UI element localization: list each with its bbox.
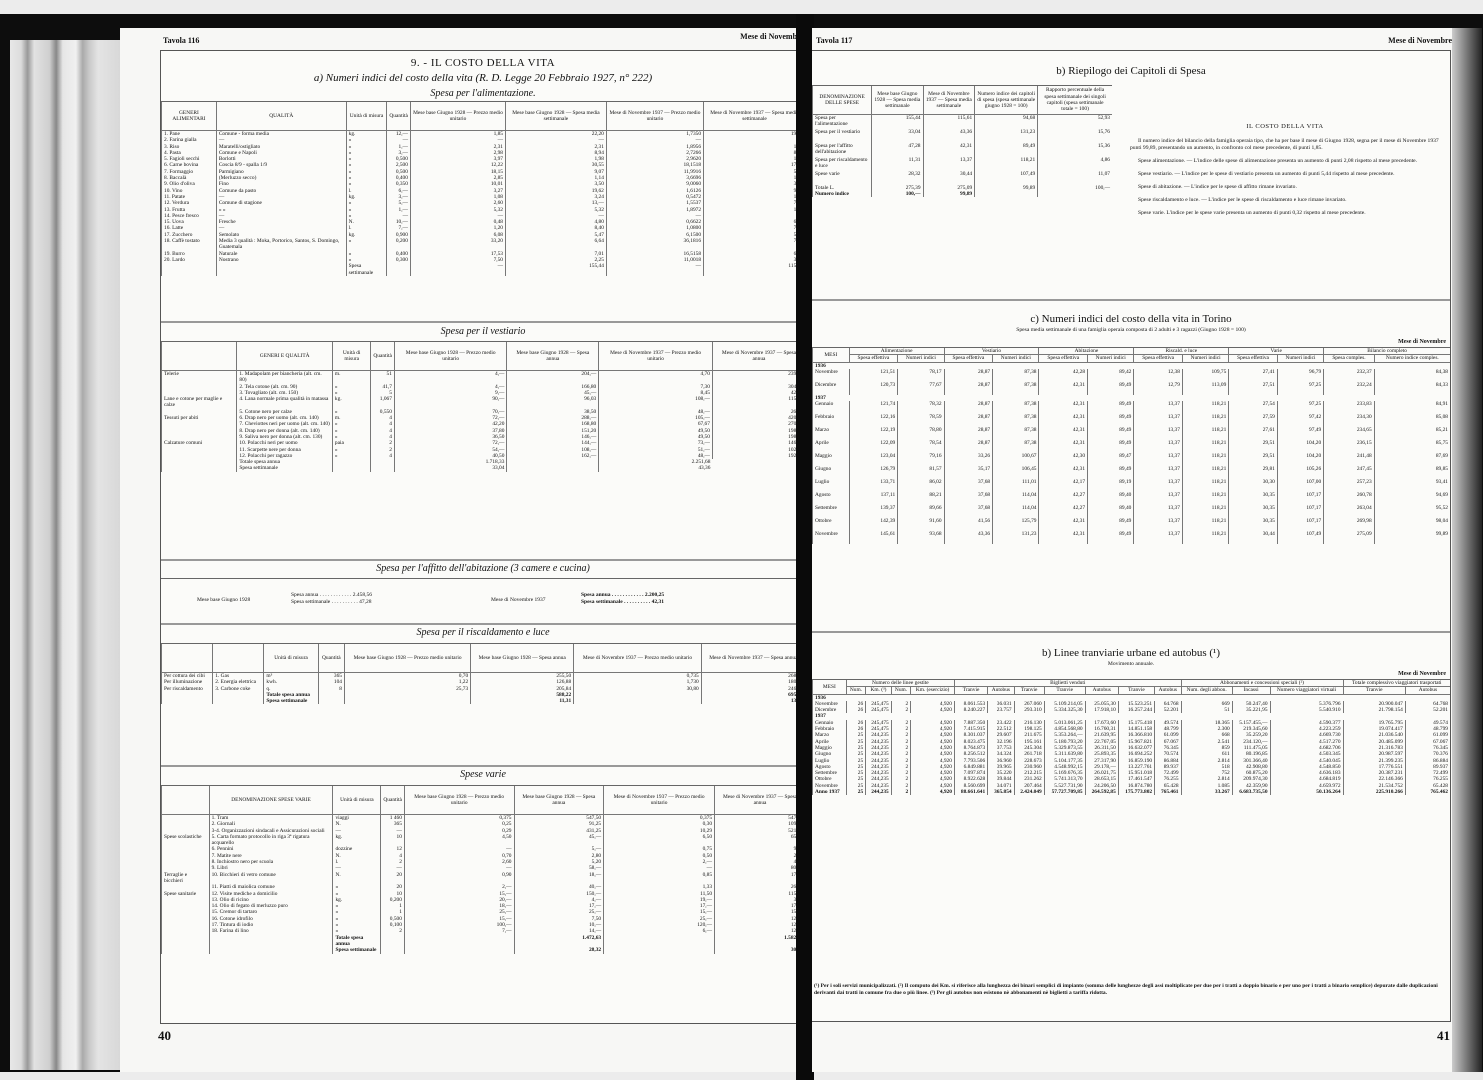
table-cell: 27,41 <box>1229 369 1278 382</box>
table-cell: 118,21 <box>1182 440 1228 453</box>
table-cell: 81,57 <box>898 466 944 479</box>
table-cell: 137,11 <box>849 492 898 505</box>
divider <box>161 559 805 561</box>
table-cell: 107,00 <box>1277 479 1323 492</box>
table-cell <box>162 698 213 704</box>
table-cell: 13,37 <box>1134 518 1183 531</box>
table-cell: 45,— <box>514 834 604 847</box>
header-row: GENERI ALIMENTARIQUALITÀUnità di misuraQ… <box>162 102 806 131</box>
table-cell: Terraglie e bicchieri <box>162 872 210 885</box>
table-cell: 244,235 <box>866 789 892 795</box>
table-cell <box>162 815 210 822</box>
table-cell: 1.472,63 <box>514 935 604 948</box>
value: 2.200,25 <box>645 592 664 598</box>
column-header: Mese base Giugno 1928 — Prezzo medio uni… <box>404 786 514 815</box>
table-cell: 78,59 <box>898 414 944 427</box>
table-row: Spesa per riscaldamento e luce11,3113,37… <box>813 157 1113 171</box>
divider <box>812 299 1450 301</box>
table-cell: 29,51 <box>1229 440 1278 453</box>
column-header: Mese di Novembre 1937 — Spesa annua <box>715 786 805 815</box>
table-cell: 93,41 <box>1374 479 1450 492</box>
torino-month-label: Mese di Novembre <box>1398 339 1446 345</box>
table-cell: 89,47 <box>1088 453 1134 466</box>
column-header: Autobus <box>988 687 1014 694</box>
table-row: Novembre121,5178,1728,8787,3842,2889,421… <box>813 369 1451 382</box>
table-row: Telerie1. Madapolam per biancheria (alt.… <box>162 371 806 384</box>
table-cell: 96,03 <box>507 396 599 409</box>
table-cell: 122,19 <box>849 427 898 440</box>
table-cell: Media 3 qualità : Moka, Portorico, Santo… <box>216 238 346 251</box>
table-cell <box>209 947 333 953</box>
column-header: Tranvie <box>1014 687 1044 694</box>
total-row: Spesa settimanale28,3230,44 <box>162 947 806 953</box>
commentary: IL COSTO DELLA VITA Il numero indice del… <box>1130 85 1440 223</box>
table-cell: 13,37 <box>1134 401 1183 414</box>
table-cell: 42,27 <box>1039 505 1088 518</box>
column-header: Mese base Giugno 1928 — Spesa annua <box>507 342 599 371</box>
table-row: 18. Caffè tostatoMedia 3 qualità : Moka,… <box>162 238 806 251</box>
table-row: Novembre145,6193,6843,36131,2342,3189,49… <box>813 531 1451 544</box>
table-cell: 120,73 <box>849 382 898 395</box>
header-row: MESIAlimentazioneVestiarioAbitazioneRisc… <box>813 348 1451 355</box>
table-cell <box>604 935 715 948</box>
table-cell: 108,— <box>599 396 713 409</box>
table-cell <box>344 698 470 704</box>
table-cell: 20 <box>381 872 405 885</box>
table-cell: 84,33 <box>1374 382 1450 395</box>
torino-table: MESIAlimentazioneVestiarioAbitazioneRisc… <box>812 347 1450 544</box>
table-cell: 22,20 <box>506 131 607 138</box>
table-cell: 94,69 <box>1374 492 1450 505</box>
table-cell: 77,67 <box>898 382 944 395</box>
table-cell: 241,48 <box>1324 453 1375 466</box>
table-cell: 97,25 <box>1277 401 1323 414</box>
table-cell: 33,04 <box>394 465 507 471</box>
table-cell: 5.540.910 <box>1270 707 1343 713</box>
table-cell: 52.201 <box>1155 707 1181 713</box>
table-cell: 13,37 <box>1134 505 1183 518</box>
table-cell: 192,— <box>712 453 805 459</box>
table-cell: 16.257.244 <box>1118 707 1154 713</box>
table-cell: 100,— <box>872 191 923 197</box>
table-label: Tavola 117 <box>816 36 852 45</box>
table-cell: 122,16 <box>849 414 898 427</box>
table-cell: 18. Caffè tostato <box>162 238 217 251</box>
affitto-nov-label: Mese di Novembre 1937 <box>491 597 546 603</box>
table-cell: 87,38 <box>993 401 1039 414</box>
table-cell: 97,25 <box>1277 382 1323 395</box>
table-cell: » <box>346 238 387 251</box>
page-number: 41 <box>1437 1028 1450 1044</box>
table-cell <box>381 935 405 948</box>
table-cell: 85,75 <box>1374 440 1450 453</box>
table-row: Spese scolastiche5. Carta formato protoc… <box>162 834 806 847</box>
table-cell: 365 <box>318 673 344 680</box>
table-cell: 118,21 <box>1182 401 1228 414</box>
table-cell: 28,87 <box>944 382 993 395</box>
table-cell: 1936 <box>813 694 847 701</box>
column-header: Tranvie <box>1044 687 1085 694</box>
table-cell: 1,067 <box>371 396 395 409</box>
table-cell: 10. Bicchieri di vetro comune <box>209 872 333 885</box>
table-cell <box>387 263 411 276</box>
table-cell: 51 <box>1181 707 1232 713</box>
table-cell: 52,93 <box>1038 115 1112 129</box>
table-cell: 5.334.325,30 <box>1044 707 1085 713</box>
table-cell: 232,24 <box>1324 382 1375 395</box>
table-cell: 89,49 <box>1088 401 1134 414</box>
commentary-paragraph: Spese varie. L'indice per le spese varie… <box>1130 210 1440 217</box>
table-cell: 97,42 <box>1277 414 1323 427</box>
table-row: 1. Tramviaggi1 4600,375547,500,375547,50 <box>162 815 806 822</box>
table-cell: 12,79 <box>1134 382 1183 395</box>
column-header: Quantità <box>318 644 344 673</box>
table-cell: m³ <box>264 673 318 680</box>
column-header: Numero indice comples. <box>1374 355 1450 362</box>
column-header: Tranvie <box>1118 687 1154 694</box>
year-row: 1936 <box>813 362 1451 369</box>
column-header: QUALITÀ <box>216 102 346 131</box>
vestiario-table: GENERI E QUALITÀUnità di misuraQuantitàM… <box>161 341 805 472</box>
table-cell: 365.854 <box>988 789 1014 795</box>
table-cell: 27,54 <box>1229 401 1278 414</box>
column-header: Numeri indici <box>1088 355 1134 362</box>
column-header: DENOMINAZIONE DELLE SPESE <box>813 86 872 115</box>
commentary-paragraphs: Il numero indice del bilancio della fami… <box>1130 138 1440 217</box>
table-cell: 27,61 <box>1229 427 1278 440</box>
table-cell: 13,37 <box>1134 427 1183 440</box>
tram-heading: b) Linee tranviarie urbane ed autobus (¹… <box>812 647 1450 659</box>
table-cell: kg. <box>333 834 381 847</box>
column-header <box>162 786 210 815</box>
table-cell: 12,— <box>387 131 411 138</box>
table-cell: 23.757 <box>988 707 1014 713</box>
index-row: Numero indice100,—99,89 <box>813 191 1113 197</box>
column-header: Spesa effettiva <box>1229 355 1278 362</box>
table-cell: 78,54 <box>898 440 944 453</box>
table-cell: Luglio <box>813 479 850 492</box>
column-header: Num. <box>891 687 910 694</box>
table-cell: 30,35 <box>1229 505 1278 518</box>
table-cell: 106,45 <box>993 466 1039 479</box>
left-page: Tavola 116 Mese di Novembre 9. - IL COST… <box>120 28 804 1072</box>
table-cell: Spesa settimanale <box>333 947 381 953</box>
tram-month-label: Mese di Novembre <box>1398 671 1446 677</box>
table-cell: kg. <box>346 131 387 138</box>
table-cell <box>604 947 715 953</box>
table-cell: 204,— <box>507 371 599 384</box>
total-row: Anno 193725244,23524,92088.661.641365.85… <box>813 789 1451 795</box>
table-cell: 2 <box>891 789 910 795</box>
table-cell: 88.661.641 <box>954 789 987 795</box>
table-cell: 104,20 <box>1277 453 1323 466</box>
table-cell: 42,31 <box>1039 382 1088 395</box>
table-cell: Spese varie <box>813 171 872 185</box>
table-cell: 269,98 <box>1324 518 1375 531</box>
table-row: Spese varie28,3230,44107,4911,07 <box>813 171 1113 185</box>
divider <box>161 765 805 767</box>
alimentazione-grid: GENERI ALIMENTARIQUALITÀUnità di misuraQ… <box>161 102 805 276</box>
label: Spesa annua <box>581 592 611 598</box>
table-cell: N. <box>333 872 381 885</box>
value: 2.458,56 <box>353 592 372 598</box>
table-cell <box>332 465 370 471</box>
table-cell: 28,32 <box>514 947 604 953</box>
table-cell: 30,35 <box>1229 492 1278 505</box>
table-cell: 0,375 <box>404 815 514 822</box>
column-header: Vestiario <box>944 348 1039 355</box>
table-cell: 1.582,00 <box>715 935 805 948</box>
table-cell: Totale spesa annua <box>333 935 381 948</box>
table-cell: 89,85 <box>1374 466 1450 479</box>
table-cell: 89,49 <box>975 143 1038 157</box>
table-cell: 104,20 <box>1277 440 1323 453</box>
table-cell: 131,23 <box>993 531 1039 544</box>
month-label: Mese di Novembre <box>1388 36 1452 45</box>
table-cell: 37,68 <box>944 505 993 518</box>
table-cell: 547,50 <box>514 815 604 822</box>
table-cell <box>507 465 599 471</box>
table-row: Giugno126,7981,5735,17106,4542,3189,4913… <box>813 466 1451 479</box>
table-cell: 99,89 <box>923 191 975 197</box>
table-cell: 155,44 <box>872 115 923 129</box>
header-row: GENERI E QUALITÀUnità di misuraQuantitàM… <box>162 342 806 371</box>
table-cell: 15,76 <box>1038 129 1112 143</box>
table-cell: 30,35 <box>1229 518 1278 531</box>
table-row: Luglio133,7186,0237,68111,0142,1789,1913… <box>813 479 1451 492</box>
table-cell: 87,38 <box>993 427 1039 440</box>
column-header: DENOMINAZIONE SPESE VARIE <box>209 786 333 815</box>
tram-subheading: Movimento annuale. <box>812 661 1450 667</box>
table-cell: 41,56 <box>944 518 993 531</box>
table-cell: 42,31 <box>1039 518 1088 531</box>
table-cell: 84,91 <box>1374 401 1450 414</box>
table-cell: 87,38 <box>993 414 1039 427</box>
table-cell: 42,27 <box>1039 492 1088 505</box>
column-header: Spesa effettiva <box>849 355 898 362</box>
table-cell: 25 <box>846 789 865 795</box>
page-number: 40 <box>158 1028 171 1044</box>
table-cell <box>162 465 237 471</box>
value: 42,31 <box>652 599 664 605</box>
table-cell: 27,59 <box>1229 414 1278 427</box>
table-cell: 7,23 <box>704 238 805 251</box>
column-header: Biglietti venduti <box>954 680 1181 687</box>
column-header: Mese base Giugno 1928 — Spesa annua <box>471 644 574 673</box>
table-row: Maggio123,0479,1633,26100,6742,3089,4713… <box>813 453 1451 466</box>
section-alimentazione-heading: Spesa per l'alimentazione. <box>161 88 805 99</box>
table-cell: 33,26 <box>944 453 993 466</box>
table-cell: kg. <box>332 396 370 409</box>
table-cell: Spesa per l'affitto dell'abitazione <box>813 143 872 157</box>
table-row: Aprile122,0978,5428,8787,3842,3189,4913,… <box>813 440 1451 453</box>
table-cell: 4,— <box>394 371 507 384</box>
column-header: MESI <box>813 348 850 362</box>
table-cell: 78,32 <box>898 401 944 414</box>
table-cell: 98,04 <box>1374 518 1450 531</box>
affitto-base-label: Mese base Giugno 1928 <box>197 597 250 603</box>
table-cell <box>975 191 1038 197</box>
table-cell: 2 <box>891 707 910 713</box>
table-row: Dicembre120,7377,6728,8787,3842,3189,491… <box>813 382 1451 395</box>
table-cell: 21.798.154 <box>1343 707 1405 713</box>
table-row: Agosto137,1188,2137,68114,0442,2789,4013… <box>813 492 1451 505</box>
table-cell: 51 <box>371 371 395 384</box>
table-cell: 85,21 <box>1374 427 1450 440</box>
header-row: DENOMINAZIONE SPESE VARIEUnità di misura… <box>162 786 806 815</box>
table-cell: Dicembre <box>813 382 850 395</box>
table-cell: 107,49 <box>975 171 1038 185</box>
table-cell: 88,21 <box>898 492 944 505</box>
tram-table: MESINumero delle linee gestiteBiglietti … <box>812 679 1450 795</box>
table-row: Spesa per il vestiario33,0443,36131,2315… <box>813 129 1113 143</box>
table-cell: 91,60 <box>898 518 944 531</box>
commentary-paragraph: Spese di abitazione. — L'indice per le s… <box>1130 184 1440 191</box>
table-row: Gennaio121,7478,3228,8787,3842,3189,4913… <box>813 401 1451 414</box>
label: Spesa settimanale <box>291 599 330 605</box>
table-cell <box>216 263 346 276</box>
table-cell <box>209 935 333 948</box>
column-header: Totale complessivo viaggiatori trasporta… <box>1343 680 1450 687</box>
table-cell: viaggi <box>333 815 381 822</box>
column-header: Numeri indici <box>1182 355 1228 362</box>
table-cell: 255,50 <box>471 673 574 680</box>
table-cell: 89,49 <box>1088 427 1134 440</box>
table-cell: 89,19 <box>1088 479 1134 492</box>
column-header: Unità di misura <box>346 102 387 131</box>
table-cell: 42,31 <box>1039 466 1088 479</box>
column-header: Numero delle linee gestite <box>846 680 954 687</box>
section-affitto-heading: Spesa per l'affitto dell'abitazione (3 c… <box>161 563 805 574</box>
column-header: MESI <box>813 680 847 694</box>
table-cell: 19,82 <box>704 131 805 138</box>
table-cell: 118,21 <box>1182 518 1228 531</box>
table-cell: 52.201 <box>1405 707 1450 713</box>
total-row: Totale spesa annua1.472,631.582,00 <box>162 935 806 948</box>
table-cell: 28,87 <box>944 427 993 440</box>
riepilogo-heading: b) Riepilogo dei Capitoli di Spesa <box>812 65 1450 77</box>
table-cell: 28,87 <box>944 440 993 453</box>
table-cell: 15,36 <box>1038 143 1112 157</box>
table-cell: 84,38 <box>1374 369 1450 382</box>
table-cell: 257,23 <box>1324 479 1375 492</box>
commentary-paragraph: Il numero indice del bilancio della fami… <box>1130 138 1440 152</box>
table-cell: Spese scolastiche <box>162 834 210 847</box>
table-cell: 36,1816 <box>606 238 703 251</box>
table-cell: 30,44 <box>1229 531 1278 544</box>
table-row: 1. PaneComune - forma mediakg.12,—1,8522… <box>162 131 806 138</box>
table-cell: 142,39 <box>849 518 898 531</box>
table-cell: 89,49 <box>1088 466 1134 479</box>
table-cell: Spesa settimanale <box>264 698 318 704</box>
table-cell: 96,79 <box>1277 369 1323 382</box>
table-cell: 5. Carta formato protocollo in riga 3ª r… <box>209 834 333 847</box>
table-row: Febbraio122,1678,5928,8787,3842,3189,491… <box>813 414 1451 427</box>
table-cell: 28,32 <box>872 171 923 185</box>
table-cell: 236,15 <box>1324 440 1375 453</box>
table-cell: 97,49 <box>1277 427 1323 440</box>
table-cell: 99,89 <box>1374 531 1450 544</box>
column-header: Autobus <box>1405 687 1450 694</box>
table-cell: 7. Cheviottes neri per uomo (alt. cm. 14… <box>237 421 333 427</box>
table-cell: 4,70 <box>599 371 713 384</box>
column-header: Mese di Novembre 1937 — Prezzo medio uni… <box>599 342 713 371</box>
table-cell <box>213 698 264 704</box>
table-row: Settembre139,3789,6637,68114,0442,2789,4… <box>813 505 1451 518</box>
table-cell: 89,66 <box>898 505 944 518</box>
table-cell: 13,37 <box>701 698 805 704</box>
table-cell: 547,50 <box>715 815 805 822</box>
table-cell: Spesa per riscaldamento e luce <box>813 157 872 171</box>
column-header: Numeri indici <box>993 355 1039 362</box>
table-cell: 87,38 <box>993 382 1039 395</box>
table-cell: 86,02 <box>898 479 944 492</box>
table-cell: 234,65 <box>1324 427 1375 440</box>
table-cell: 87,69 <box>1374 453 1450 466</box>
table-cell: 35,17 <box>944 466 993 479</box>
table-cell: 1936 <box>813 362 850 369</box>
table-cell: 1. Madapolam per biancheria (alt. cm. 80… <box>237 371 333 384</box>
table-cell: 260,78 <box>1324 492 1375 505</box>
table-cell: 28,87 <box>944 401 993 414</box>
column-header: Abbonamenti e concessioni speciali (²) <box>1181 680 1343 687</box>
column-header: Unità di misura <box>332 342 370 371</box>
column-header: Rapporto percentuale della spesa settima… <box>1038 86 1112 115</box>
table-cell: — <box>410 263 505 276</box>
table-cell: 42,31 <box>1039 401 1088 414</box>
table-cell: Ottobre <box>813 518 850 531</box>
column-header: Incassi <box>1232 687 1270 694</box>
table-cell: 13,37 <box>1134 440 1183 453</box>
column-header: Numero viaggiatori virtuali <box>1270 687 1343 694</box>
book-spine-edges <box>10 40 120 1070</box>
table-cell: 0,375 <box>604 815 715 822</box>
column-header: Km. (³) <box>866 687 892 694</box>
table-cell: Aprile <box>813 440 850 453</box>
commentary-paragraph: Spese vestiario. — L'indice per le spese… <box>1130 171 1440 178</box>
table-cell: 6,64 <box>506 238 607 251</box>
table-cell: 115,24 <box>712 396 805 409</box>
table-cell: 105,26 <box>1277 466 1323 479</box>
table-cell: 232,37 <box>1324 369 1375 382</box>
table-cell: Comune - forma media <box>216 131 346 138</box>
table-cell: 123,04 <box>849 453 898 466</box>
table-cell: 47,28 <box>872 143 923 157</box>
table-cell: 12,38 <box>1134 369 1183 382</box>
table-cell <box>404 947 514 953</box>
table-cell: 28,87 <box>944 414 993 427</box>
header-row: DENOMINAZIONE DELLE SPESEMese base Giugn… <box>813 86 1113 115</box>
header-row: MESINumero delle linee gestiteBiglietti … <box>813 680 1451 687</box>
table-cell: 118,21 <box>1182 531 1228 544</box>
table-cell: 118,21 <box>1182 466 1228 479</box>
table-cell: 118,21 <box>1182 453 1228 466</box>
torino-grid: MESIAlimentazioneVestiarioAbitazioneRisc… <box>812 348 1450 544</box>
table-cell: 4,86 <box>1038 157 1112 171</box>
table-cell: 17.918,10 <box>1085 707 1118 713</box>
commentary-paragraph: Spese riscaldamento e luce. — L'indice p… <box>1130 197 1440 204</box>
column-header: Spesa effettiva <box>1134 355 1183 362</box>
column-header: GENERI E QUALITÀ <box>237 342 333 371</box>
table-cell: 42,31 <box>1039 427 1088 440</box>
table-cell: 42,31 <box>1039 414 1088 427</box>
table-cell: Marzo <box>813 427 850 440</box>
main-table-frame: b) Riepilogo dei Capitoli di Spesa DENOM… <box>812 50 1451 1022</box>
column-header: Mese base Giugno 1928 — Spesa media sett… <box>872 86 923 115</box>
table-cell: 13,37 <box>1134 466 1183 479</box>
table-cell <box>162 263 217 276</box>
column-header: Spesa comples. <box>1324 355 1375 362</box>
